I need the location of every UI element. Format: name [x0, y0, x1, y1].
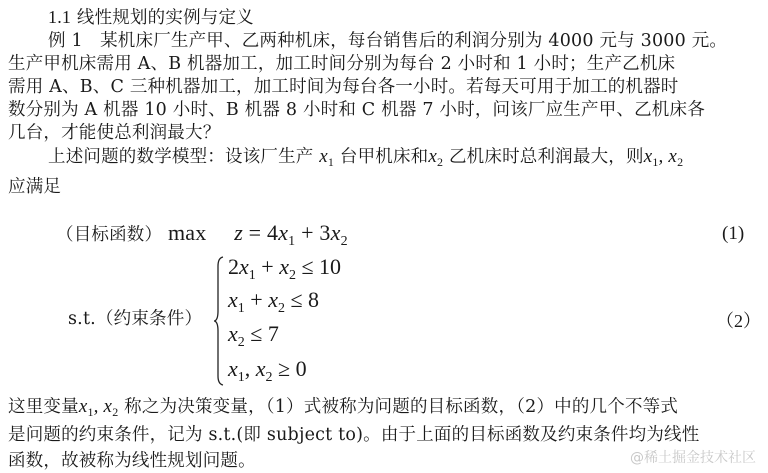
constraint-1: 2x1 + x2 ≤ 10 [228, 254, 341, 280]
example-line-4: 数分别为 A 机器 10 小时、B 机器 8 小时和 C 机器 7 小时，问该厂… [8, 99, 705, 121]
objective-row: （目标函数） max z = 4x1 + 3x2 [56, 222, 348, 246]
objective-max: max [168, 220, 206, 245]
var-x2: x2 [428, 146, 443, 167]
objective-label: （目标函数） [56, 225, 162, 245]
constraints-eqno: （2） [716, 307, 761, 333]
conclusion-text-a: 这里变量 [8, 397, 79, 417]
constraints-label: s.t.（约束条件） [68, 308, 202, 330]
example-text: 某机床厂生产甲、乙两种机床，每台销售后的利润分别为 4000 元与 3000 元… [100, 31, 727, 51]
example-line-2: 生产甲机床需用 A、B 机器加工，加工时间分别为每台 2 小时和 1 小时；生产… [8, 53, 675, 75]
var-x1-x2-decision: x1, x2 [79, 396, 119, 417]
conclusion-line-3: 函数，故被称为线性规划问题。 [8, 450, 256, 472]
example-line-3: 需用 A、B、C 三种机器加工，加工时间为每台各一小时。若每天可用于加工的机器时 [8, 76, 679, 98]
constraint-2: x1 + x2 ≤ 8 [228, 287, 319, 313]
model-intro-text-c: 乙机床时总利润最大，则 [449, 147, 644, 167]
objective-eqno: (1) [722, 223, 744, 245]
conclusion-line-1: 这里变量x1, x2 称之为决策变量，（1）式被称为问题的目标函数，（2）中的几… [8, 396, 678, 418]
section-number: 1.1 [48, 7, 71, 27]
model-intro-end: 应满足 [8, 176, 61, 198]
example-line-5: 几台，才能使总利润最大？ [8, 122, 220, 144]
conclusion-text-b: 称之为决策变量，（1）式被称为问题的目标函数，（2）中的几个不等式 [124, 397, 678, 417]
model-intro: 上述问题的数学模型：设该厂生产 x1 台甲机床和x2 乙机床时总利润最大，则x1… [48, 146, 683, 168]
example-line-1: 例 1 某机床厂生产甲、乙两种机床，每台销售后的利润分别为 4000 元与 30… [48, 30, 727, 52]
model-intro-text-b: 台甲机床和 [340, 147, 429, 167]
objective-expression: z = 4x1 + 3x2 [234, 220, 348, 245]
example-label: 例 1 [48, 31, 83, 51]
left-brace-icon [214, 256, 224, 386]
var-x1: x1 [319, 146, 334, 167]
var-x1-x2: x1, x2 [644, 146, 684, 167]
constraint-3: x2 ≤ 7 [228, 321, 279, 347]
watermark: @稀土掘金技术社区 [630, 447, 756, 467]
section-heading: 1.1 线性规划的实例与定义 [48, 6, 254, 29]
model-intro-text-a: 上述问题的数学模型：设该厂生产 [48, 147, 314, 167]
constraint-4: x1, x2 ≥ 0 [228, 356, 307, 382]
conclusion-line-2: 是问题的约束条件，记为 s.t.(即 subject to)。由于上面的目标函数… [8, 424, 699, 446]
section-title: 线性规划的实例与定义 [77, 8, 254, 28]
